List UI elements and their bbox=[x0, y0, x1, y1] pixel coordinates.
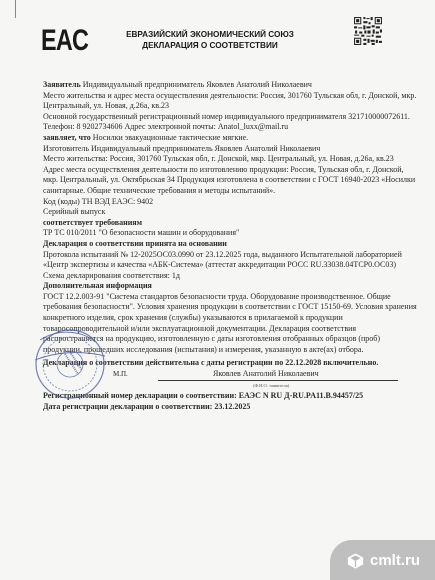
seal-place-label: М.П. bbox=[113, 369, 128, 380]
manufacturer-production: Адрес места осуществления деятельности п… bbox=[43, 165, 418, 197]
official-stamp-icon bbox=[30, 322, 110, 402]
applicant-ogrn: Основной государственный регистрационный… bbox=[43, 112, 418, 123]
release-type: Серийный выпуск bbox=[43, 207, 418, 218]
manufacturer-residence: Место жительства: Россия, 301760 Тульска… bbox=[43, 154, 418, 165]
compliance-regulation: ТР ТС 010/2011 "О безопасности машин и о… bbox=[43, 228, 418, 239]
scan-edge-mark bbox=[15, 0, 16, 18]
compliance-label: соответствует требованиям bbox=[43, 218, 418, 229]
registration-date: Дата регистрации декларации о соответств… bbox=[43, 402, 418, 413]
applicant-name: Индивидуальный предприниматель Яковлев А… bbox=[81, 80, 312, 89]
applicant-contacts: Телефон: 8 9202734606 Адрес электронной … bbox=[43, 122, 418, 133]
eac-logo: EAC bbox=[41, 26, 88, 56]
additional-info-label: Дополнительная информация bbox=[43, 281, 418, 292]
applicant-section: Заявитель Индивидуальный предприниматель… bbox=[43, 80, 418, 91]
declaration-scheme: Схема декларирования соответствия: 1д bbox=[43, 271, 418, 282]
manufacturer-name: Изготовитель Индивидуальный предпринимат… bbox=[43, 144, 418, 155]
document-header: ЕВРАЗИЙСКИЙ ЭКОНОМИЧЕСКИЙ СОЮЗ ДЕКЛАРАЦИ… bbox=[110, 29, 310, 51]
declaration-document: EAC ЕВРАЗИЙСКИЙ ЭКОНОМИЧЕСКИЙ СОЮЗ ДЕКЛА… bbox=[0, 0, 435, 580]
applicant-label: Заявитель bbox=[43, 80, 81, 89]
declares-label: заявляет, что bbox=[43, 133, 91, 142]
signatory-name: Яковлев Анатолий Николаевич bbox=[213, 369, 319, 380]
watermark-text: cmlt.ru bbox=[370, 552, 420, 569]
cube-logo-icon bbox=[347, 552, 364, 570]
qr-code-icon bbox=[353, 16, 383, 46]
basis-label: Декларация о соответствии принята на осн… bbox=[43, 239, 418, 250]
product-name: Носилки эвакуационные тактические мягкие… bbox=[91, 133, 248, 142]
tn-ved-code: Код (коды) ТН ВЭД ЕАЭС: 9402 bbox=[43, 197, 418, 208]
applicant-address: Место жительства и адрес места осуществл… bbox=[43, 91, 418, 112]
signatory-caption: (Ф.И.О. заявителя) bbox=[253, 381, 289, 392]
union-title: ЕВРАЗИЙСКИЙ ЭКОНОМИЧЕСКИЙ СОЮЗ bbox=[110, 29, 310, 40]
document-title: ДЕКЛАРАЦИЯ О СООТВЕТСТВИИ bbox=[110, 40, 310, 51]
basis-protocol: Протокола испытаний № 12-2025ОС03.0990 о… bbox=[43, 250, 418, 271]
declares-section: заявляет, что Носилки эвакуационные такт… bbox=[43, 133, 418, 144]
